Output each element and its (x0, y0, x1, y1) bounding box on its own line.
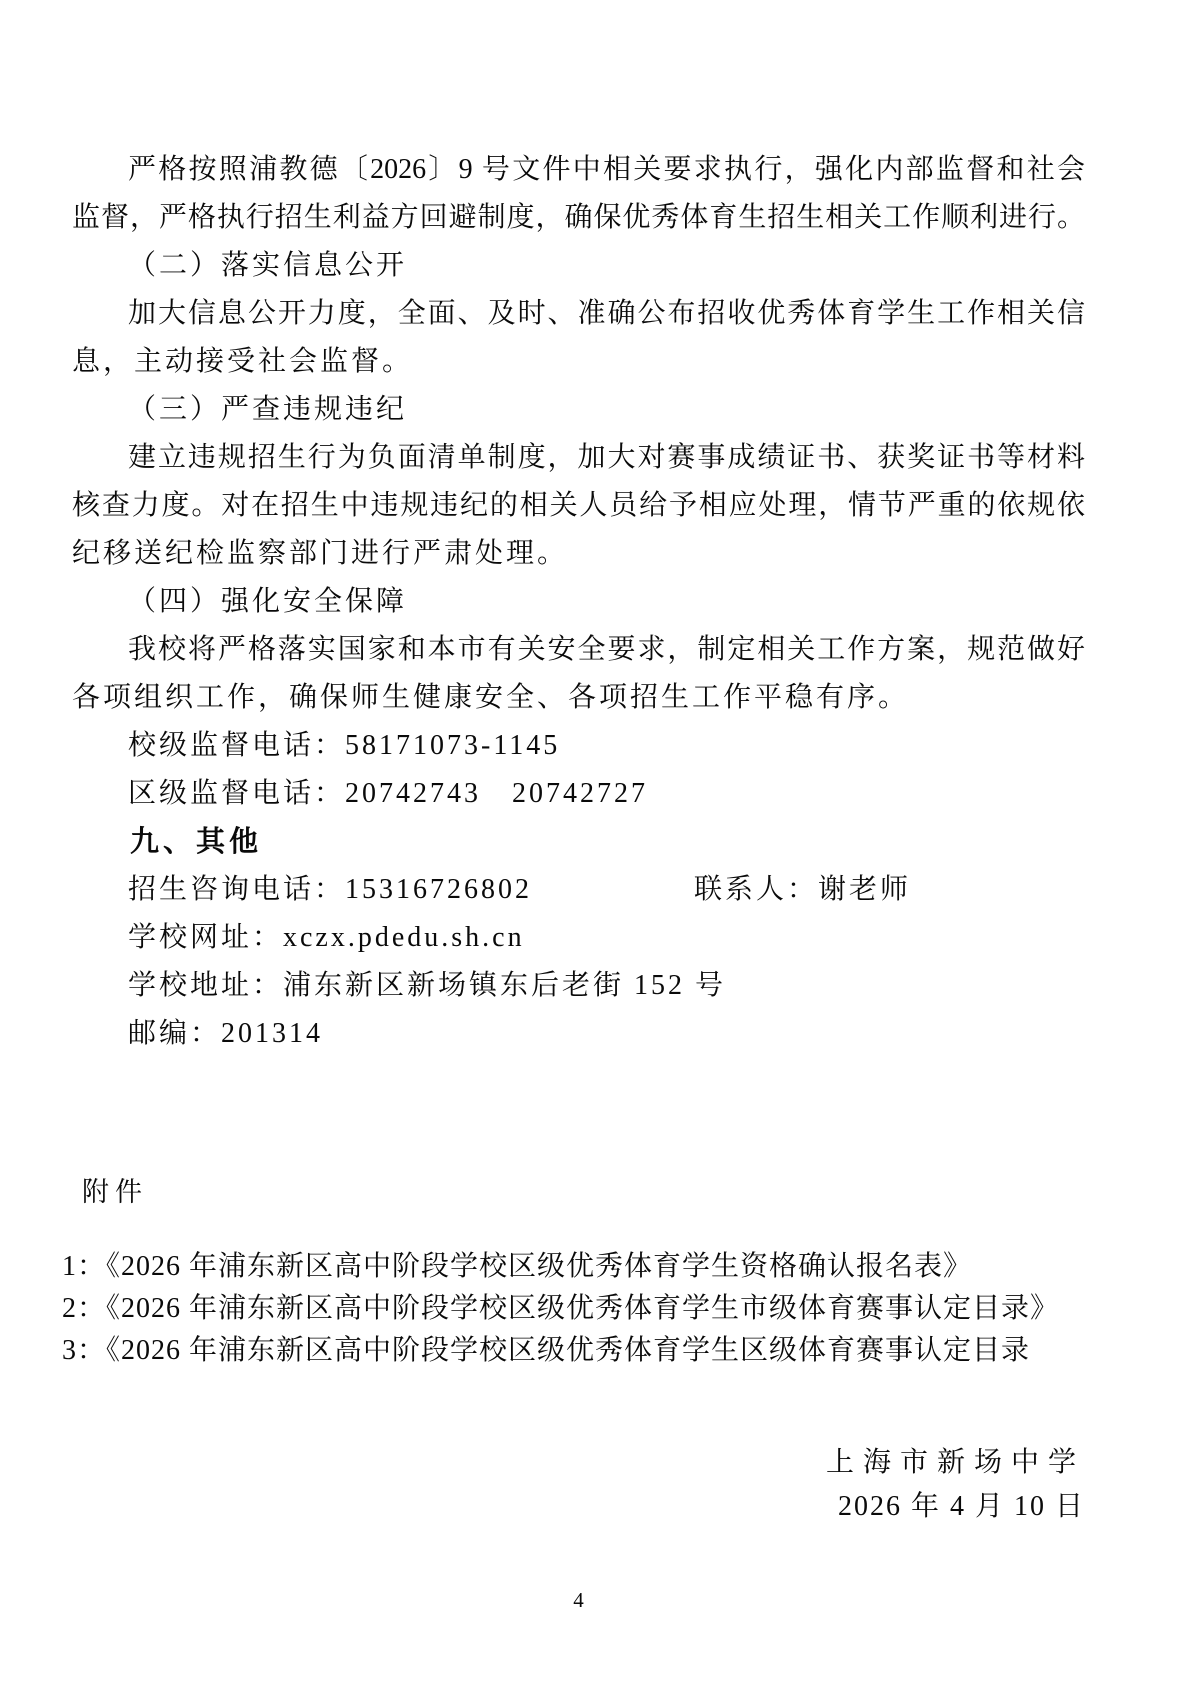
school-website: 学校网址：xczx.pdedu.sh.cn (72, 914, 1085, 962)
attachment-item-3: 3：《2026 年浦东新区高中阶段学校区级优秀体育学生区级体育赛事认定目录 (62, 1330, 1122, 1372)
paragraph-violation-line-2: 核查力度。对在招生中违规违纪的相关人员给予相应处理，情节严重的依规依 (72, 482, 1085, 530)
subheading-info-disclosure: （二）落实信息公开 (72, 242, 1085, 290)
subheading-violation-check: （三）严查违规违纪 (72, 386, 1085, 434)
document-body: 严格按照浦教德〔2026〕9 号文件中相关要求执行，强化内部监督和社会 监督，严… (72, 146, 1085, 1058)
contact-person: 联系人：谢老师 (638, 866, 911, 914)
contact-line: 招生咨询电话：15316726802 联系人：谢老师 (72, 866, 1085, 914)
paragraph-violation-line-1: 建立违规招生行为负面清单制度，加大对赛事成绩证书、获奖证书等材料 (72, 434, 1085, 482)
school-address: 学校地址：浦东新区新场镇东后老街 152 号 (72, 962, 1085, 1010)
paragraph-disclosure-line-1: 加大信息公开力度，全面、及时、准确公布招收优秀体育学生工作相关信 (72, 290, 1085, 338)
section-heading-other: 九、其他 (72, 818, 1085, 866)
signature-organization: 上海市新场中学 (72, 1441, 1085, 1485)
attachments-list: 1：《2026 年浦东新区高中阶段学校区级优秀体育学生资格确认报名表》 2：《2… (62, 1246, 1122, 1372)
paragraph-supervision-line-2: 监督，严格执行招生利益方回避制度，确保优秀体育生招生相关工作顺利进行。 (72, 194, 1085, 242)
attachments-label: 附件 (82, 1172, 148, 1212)
signature-block: 上海市新场中学 2026 年 4 月 10 日 (72, 1441, 1085, 1529)
page-number: 4 (72, 1588, 1085, 1613)
district-supervision-phone: 区级监督电话：20742743 20742727 (72, 770, 1085, 818)
paragraph-disclosure-line-2: 息，主动接受社会监督。 (72, 338, 1085, 386)
attachment-item-2: 2：《2026 年浦东新区高中阶段学校区级优秀体育学生市级体育赛事认定目录》 (62, 1288, 1122, 1330)
paragraph-safety-line-1: 我校将严格落实国家和本市有关安全要求，制定相关工作方案，规范做好 (72, 626, 1085, 674)
paragraph-safety-line-2: 各项组织工作，确保师生健康安全、各项招生工作平稳有序。 (72, 674, 1085, 722)
document-page: 严格按照浦教德〔2026〕9 号文件中相关要求执行，强化内部监督和社会 监督，严… (0, 0, 1190, 1682)
paragraph-violation-line-3: 纪移送纪检监察部门进行严肃处理。 (72, 530, 1085, 578)
attachment-item-1: 1：《2026 年浦东新区高中阶段学校区级优秀体育学生资格确认报名表》 (62, 1246, 1122, 1288)
school-supervision-phone: 校级监督电话：58171073-1145 (72, 722, 1085, 770)
consult-phone: 招生咨询电话：15316726802 (128, 874, 532, 905)
paragraph-supervision-line-1: 严格按照浦教德〔2026〕9 号文件中相关要求执行，强化内部监督和社会 (72, 146, 1085, 194)
signature-date: 2026 年 4 月 10 日 (72, 1485, 1085, 1529)
subheading-safety: （四）强化安全保障 (72, 578, 1085, 626)
postcode: 邮编：201314 (72, 1010, 1085, 1058)
